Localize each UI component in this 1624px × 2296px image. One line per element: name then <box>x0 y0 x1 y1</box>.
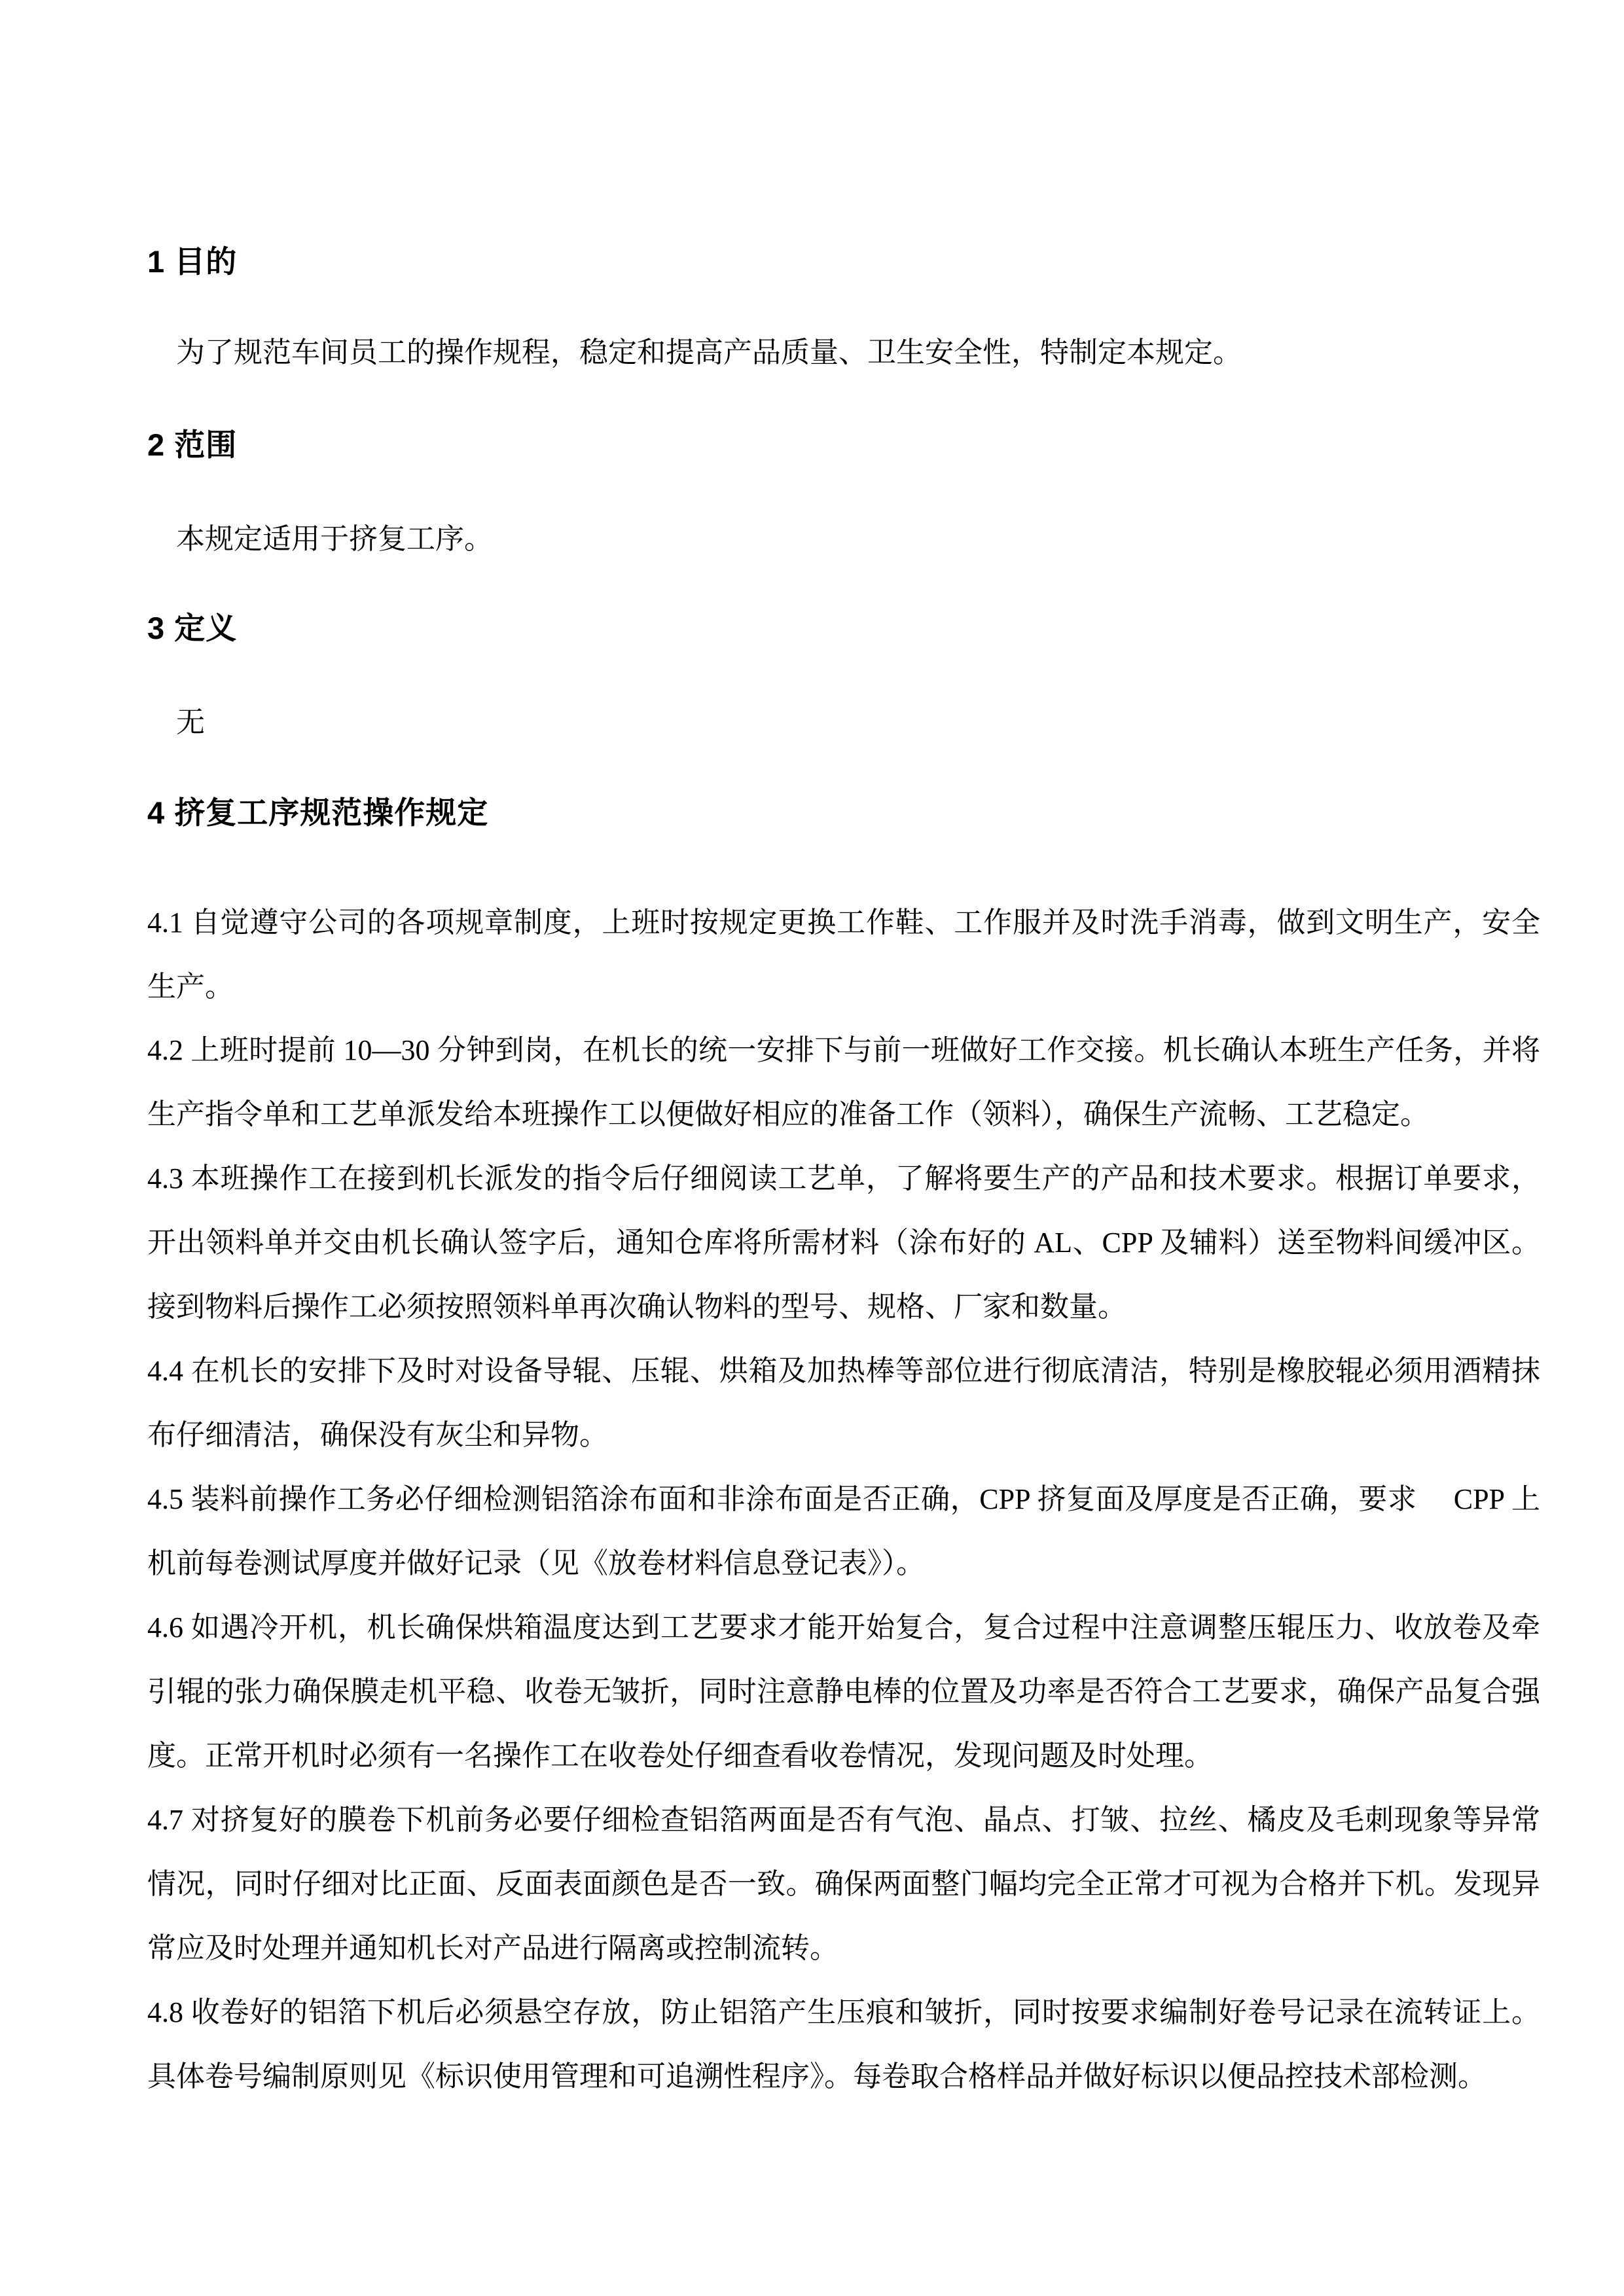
clause-4-8: 4.8 收卷好的铝箔下机后必须悬空存放，防止铝箔产生压痕和皱折，同时按要求编制好… <box>147 1981 1540 2109</box>
paragraph-definitions-body: 无 <box>147 691 1540 755</box>
clause-4-3: 4.3 本班操作工在接到机长派发的指令后仔细阅读工艺单，了解将要生产的产品和技术… <box>147 1147 1540 1339</box>
document-page: 1 目的 为了规范车间员工的操作规程，稳定和提高产品质量、卫生安全性，特制定本规… <box>0 0 1624 2296</box>
paragraph-scope-body: 本规定适用于挤复工序。 <box>147 507 1540 571</box>
clause-4-5: 4.5 装料前操作工务必仔细检测铝箔涂布面和非涂布面是否正确，CPP 挤复面及厚… <box>147 1467 1540 1596</box>
heading-2-scope: 2 范围 <box>147 425 1540 465</box>
clause-4-1: 4.1 自觉遵守公司的各项规章制度，上班时按规定更换工作鞋、工作服并及时洗手消毒… <box>147 891 1540 1019</box>
clause-4-2: 4.2 上班时提前 10—30 分钟到岗，在机长的统一安排下与前一班做好工作交接… <box>147 1018 1540 1147</box>
clause-4-7: 4.7 对挤复好的膜卷下机前务必要仔细检查铝箔两面是否有气泡、晶点、打皱、拉丝、… <box>147 1788 1540 1981</box>
heading-1-purpose: 1 目的 <box>147 242 1540 281</box>
heading-4-operation-rules: 4 挤复工序规范操作规定 <box>147 793 1540 833</box>
clause-4-6: 4.6 如遇冷开机，机长确保烘箱温度达到工艺要求才能开始复合，复合过程中注意调整… <box>147 1596 1540 1788</box>
clause-4-4: 4.4 在机长的安排下及时对设备导辊、压辊、烘箱及加热棒等部位进行彻底清洁，特别… <box>147 1339 1540 1467</box>
heading-3-definitions: 3 定义 <box>147 609 1540 648</box>
paragraph-purpose-body: 为了规范车间员工的操作规程，稳定和提高产品质量、卫生安全性，特制定本规定。 <box>147 321 1540 385</box>
